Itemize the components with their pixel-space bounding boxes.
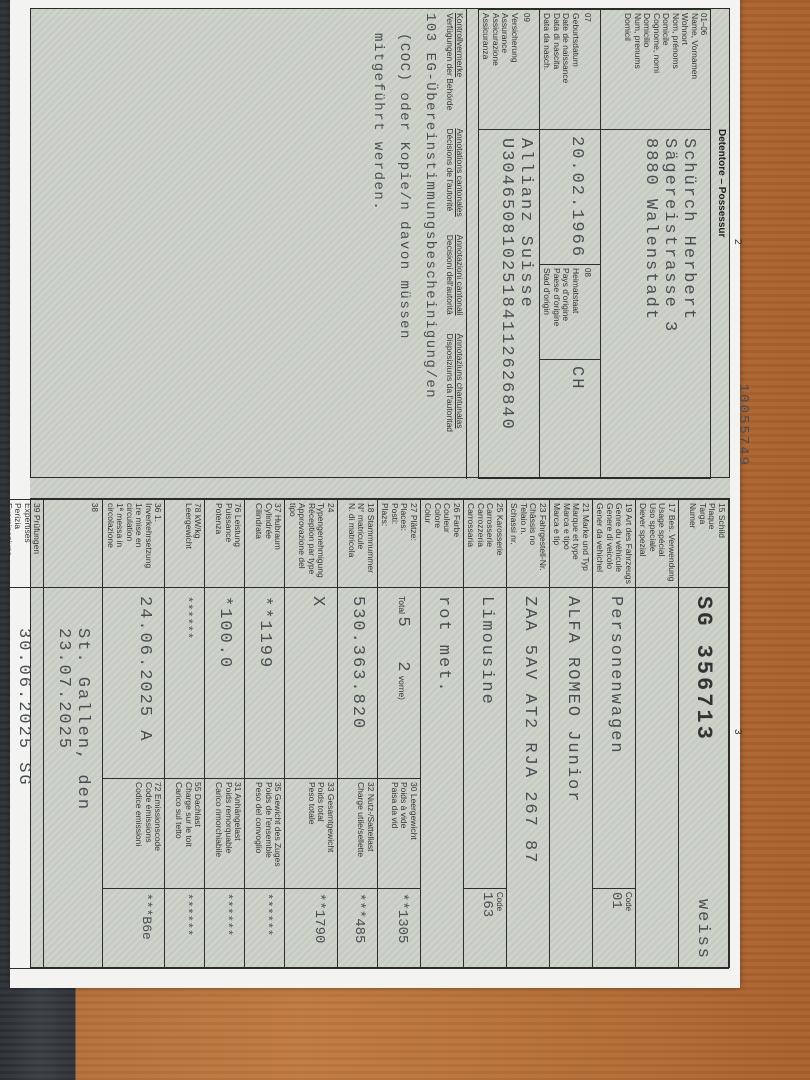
label: Emissionscode <box>154 794 164 851</box>
label: Poids total <box>316 782 326 885</box>
vehicle-type-cell: Personenwagen <box>593 588 636 889</box>
origin-country: CH <box>567 366 586 390</box>
vehicle-type-code: 01 <box>608 892 624 965</box>
label: kW/kg <box>194 515 204 539</box>
code: 31 <box>234 782 244 791</box>
type-approval-cell: 530.363.820 <box>338 588 378 779</box>
license-plate: SG 356713 <box>691 596 716 742</box>
inspection-label-cell: 39 Prüfungen Expertises Perizia Examinaz… <box>0 500 44 588</box>
type-approval-number: 530.363.820 <box>348 596 367 730</box>
label: Data da nasch. <box>542 13 552 126</box>
train-weight: ****** <box>261 893 275 936</box>
birth-label-cell: 07 Geburtsdatum Date de naissance Data d… <box>540 10 601 130</box>
label: Colore <box>433 503 443 584</box>
authority-label-it: Annotazioni cantonali Decisioni dell'aut… <box>445 235 464 316</box>
emission-cell: ***B6e <box>103 889 165 969</box>
label: Typengenehmigung <box>317 503 327 578</box>
emission-code: ***B6e <box>140 893 155 940</box>
label: Approvazione del tipo <box>288 503 307 584</box>
label: Art des Fahrzeugs <box>624 514 634 583</box>
label: Numer <box>688 503 698 584</box>
vehicle-color: rot met. <box>434 596 453 694</box>
code: 08 <box>583 268 592 277</box>
code: 18 <box>366 503 376 512</box>
label: Nutz-/Sattellast <box>366 794 376 852</box>
plate-label-cell: 15 Schild Plaque Targa Numer <box>679 500 729 588</box>
code: 24 <box>326 503 336 512</box>
color-cell: rot met. <box>421 588 464 969</box>
code: 15 <box>717 503 727 512</box>
label: Poids à vide <box>399 782 409 885</box>
empty-weight-label-cell: 30 Leergewicht Poids à vide Paisa da vid <box>378 779 421 889</box>
authority-labels: Kontrollvermerke Verfügungen der Behörde… <box>445 13 464 475</box>
vehicle-table: 15 Schild Plaque Targa Numer SG 356713 w… <box>0 499 729 969</box>
label: Data di nascita <box>552 13 562 126</box>
label: Schild <box>717 515 727 538</box>
body-code: 163 <box>479 892 495 965</box>
authority-label-rm: Annotaziuns chantunalas Disposiziuns da … <box>445 334 464 432</box>
code: 07 <box>583 13 592 22</box>
plate-color: weiss <box>693 899 712 960</box>
code: 76 <box>234 503 244 512</box>
inspection-cell: 30.06.2025 SG <box>0 588 44 969</box>
code: 19 <box>624 503 634 512</box>
label: Gener da vehichel <box>595 503 605 584</box>
code: 23 <box>538 503 548 512</box>
authority-label-fr: Annotations cantonales Décisions de l'au… <box>445 128 464 216</box>
label: Hubraum <box>274 515 284 550</box>
seats-cell: Total 5 2 vorne) <box>378 588 421 779</box>
power-cell: *100.0 <box>205 588 245 779</box>
vin: ZAA 5AV AT2 RJA 267 87 <box>520 596 539 864</box>
code: 09 <box>522 13 531 22</box>
code: 21 <box>581 503 591 512</box>
holder-name-label-cell: 01–06 Name, Vornamen Wohnort Nom, prénom… <box>601 10 711 130</box>
label: Disposiziuns da l'autoritad <box>445 334 455 432</box>
label: Leergewicht <box>184 503 194 584</box>
seats-total: 5 <box>393 616 412 628</box>
first-reg-label-cell: 36 1. Inverkehrsetzung 1re mise en circu… <box>103 500 165 588</box>
origin-label-cell: 08 Heimatstaat Pays d'origine Paese d'or… <box>540 265 601 360</box>
label: Code émissions <box>144 782 154 885</box>
towable-load: ****** <box>221 893 235 936</box>
label: Total <box>397 596 407 614</box>
holder-table: 01–06 Name, Vornamen Wohnort Nom, prénom… <box>478 9 711 479</box>
make-cell: ALFA ROMEO Junior <box>550 588 593 969</box>
vehicle-registration-document: 2 10055749 Detentore – Possessur 01–06 N… <box>10 0 740 988</box>
label: Peso del convoglio <box>254 782 264 885</box>
label: Assurance <box>500 13 510 126</box>
code: 17 <box>667 503 677 512</box>
label: Dachlast <box>194 794 204 827</box>
label: Anhängelast <box>234 793 244 840</box>
gross-weight-label-cell: 33 Gesamtgewicht Poids total Peso totale <box>285 779 338 889</box>
empty-weight: **1305 <box>394 893 410 943</box>
body-cell: Limousine <box>464 588 507 889</box>
color-label-cell: 26 Farbe Couleur Colore Colur <box>421 500 464 588</box>
holder-name-value: Schürch Herbert Sägereistrasse 3 8880 Wa… <box>601 130 711 479</box>
label: Decisioni dell'autorità <box>445 235 455 316</box>
code: 38 <box>91 503 100 512</box>
power-weight-label-cell: 78 kW/kg Leergewicht <box>165 500 205 588</box>
roof-load-label-cell: 55 Dachlast Charge sur le toit Carico su… <box>165 779 205 889</box>
holder-header: Detentore – Possessur <box>716 129 727 237</box>
label: vorne) <box>397 676 407 700</box>
body-type: Limousine <box>477 596 496 706</box>
page-number: 2 <box>732 239 743 245</box>
label: Charge sur le toit <box>184 782 194 885</box>
insurer: Allianz Suisse <box>516 138 535 470</box>
label: Date de naissance <box>561 13 571 126</box>
label: Décisions de l'autorité <box>445 128 455 216</box>
code: 26 <box>452 503 462 512</box>
label: Poids de l'ensemble <box>264 782 274 885</box>
code: 78 <box>194 503 204 512</box>
train-weight-cell: ****** <box>245 889 285 969</box>
special-use-label-cell: 17 Bes. Verwendung Usage spécial Uso spe… <box>636 500 679 588</box>
vehicle-type-code-cell: Code 01 <box>593 889 636 969</box>
label: Couleur <box>442 503 452 584</box>
label: Usage spécial <box>657 503 667 584</box>
label: Poids remorquable <box>224 782 234 885</box>
code: 39 <box>33 503 43 512</box>
label: Cilindrata <box>254 503 264 584</box>
policy-number: U30465081025184112626840 <box>497 138 516 470</box>
label: Annotaziuns chantunalas <box>455 334 465 429</box>
label: Posti: <box>390 503 400 584</box>
train-weight-label-cell: 35 Gewicht des Zuges Poids de l'ensemble… <box>245 779 285 889</box>
label: Plätze: <box>409 515 419 541</box>
holder-city: 8880 Walenstadt <box>641 138 660 470</box>
label: Heimatstaat <box>571 268 581 356</box>
vehicle-type-label-cell: 19 Art des Fahrzeugs Genre du véhicule G… <box>593 500 636 588</box>
label: Fahrgestell-Nr. <box>538 515 548 571</box>
special-use-value <box>636 588 679 969</box>
label: Annotazioni cantonali <box>455 235 465 316</box>
holder-street: Sägereistrasse 3 <box>660 138 679 470</box>
type-approval-label-cell: 18 Stammnummer N° matricule N. di matric… <box>338 500 378 588</box>
label: Plaque <box>707 503 717 584</box>
holder-name: Schürch Herbert <box>679 138 698 470</box>
label: Bes. Verwendung <box>667 515 677 582</box>
origin-cell: CH <box>540 360 601 479</box>
displacement-label-cell: 37 Hubraum Cylindrée Cilindrata <box>245 500 285 588</box>
body-code-cell: Code 163 <box>464 889 507 969</box>
payload-cell: ***485 <box>338 889 378 969</box>
insurance-label-cell: 09 Versicherung Assurance Assicurazione … <box>479 10 540 130</box>
label: Domicile <box>661 13 671 126</box>
label: Cognome, nomi <box>652 13 662 126</box>
gross-weight-cell: **1790 <box>285 889 338 969</box>
inspection-date: 30.06.2025 SG <box>15 628 34 787</box>
label: Schassi nr. <box>509 503 519 584</box>
label: Name, Vornamen <box>690 13 700 126</box>
label: Leergewicht <box>409 794 419 840</box>
label: Genere di veicolo <box>605 503 615 584</box>
label: 1. Inverkehrsetzung <box>144 503 164 568</box>
power-label-cell: 76 Leistung Puissance Potenza <box>205 500 245 588</box>
label: Marke und Typ <box>581 515 591 571</box>
towable-label-cell: 31 Anhängelast Poids remorquable Carico … <box>205 779 245 889</box>
place-date: St. Gallen, den 23.07.2025 <box>55 628 93 811</box>
authority-section: Kontrollvermerke Verfügungen der Behörde… <box>363 9 467 479</box>
label: N. di matricola <box>347 503 357 584</box>
label: Carico sul tetto <box>174 782 184 885</box>
label: Stad d'origin <box>542 268 552 356</box>
displacement: **1199 <box>256 596 275 669</box>
document-sheet: 2 10055749 Detentore – Possessur 01–06 N… <box>30 8 730 968</box>
label: Prüfungen <box>33 515 43 554</box>
first-reg-cell: 24.06.2025 A <box>103 588 165 779</box>
place-date-label-cell: 38 <box>44 500 103 588</box>
emission-label-cell: 72 Emissionscode Code émissions Codice e… <box>103 779 165 889</box>
label: Geburtsdatum <box>571 13 581 126</box>
code: 27 <box>409 503 419 512</box>
label: Leistung <box>234 515 244 547</box>
label: Verfügungen der Behörde <box>445 13 455 110</box>
serial-number: 10055749 <box>735 384 751 467</box>
label: Paese d'origine <box>552 268 562 356</box>
section-code: 01–06 <box>699 13 708 126</box>
place-date-cell: St. Gallen, den 23.07.2025 <box>44 588 103 969</box>
roof-load: ****** <box>181 893 195 936</box>
power-weight: ****** <box>181 596 195 639</box>
label: Karosserie <box>495 515 505 556</box>
code: 30 <box>409 782 419 791</box>
label: Gewicht des Zuges <box>274 794 284 867</box>
page-number: 3 <box>732 729 743 735</box>
seats-front: 2 <box>393 661 412 673</box>
vehicle-type: Personenwagen <box>606 596 625 755</box>
label: Domicil <box>623 13 633 126</box>
label: Réception par type <box>307 503 317 584</box>
label: 1ª messa in circolazione <box>106 503 125 584</box>
code: 36 <box>154 503 164 512</box>
plate-cell: SG 356713 weiss <box>679 588 729 969</box>
label: Kontrollvermerke <box>455 13 465 77</box>
towable-cell: ****** <box>205 889 245 969</box>
reception-cell: X <box>285 588 338 779</box>
roof-load-cell: ****** <box>165 889 205 969</box>
label: Paisa da vid <box>390 782 400 885</box>
code: 55 <box>194 782 204 791</box>
authority-label-de: Kontrollvermerke Verfügungen der Behörde <box>445 13 464 110</box>
label: Puissance <box>224 503 234 584</box>
label: Carrosserie <box>485 503 495 584</box>
label: Cylindrée <box>264 503 274 584</box>
label: Num, prenums <box>633 13 643 126</box>
label: Carrossaria <box>466 503 476 584</box>
label: Châssis no <box>528 503 538 584</box>
label: Colur <box>423 503 433 584</box>
gross-weight: **1790 <box>311 893 327 943</box>
label: Peso totale <box>307 782 317 885</box>
power: *100.0 <box>216 596 235 669</box>
payload: ***485 <box>351 893 367 943</box>
label: Marca e tip <box>552 503 562 584</box>
make-label-cell: 21 Marke und Typ Marque et type Marca e … <box>550 500 593 588</box>
label: Marca e tipo <box>562 503 572 584</box>
code: 33 <box>326 782 336 791</box>
label: Codice emissioni <box>134 782 144 885</box>
code: 37 <box>274 503 284 512</box>
label: Diever spezial <box>638 503 648 584</box>
page-3-vehicle: 3 15 Schild Plaque Targa Numer SG 356713… <box>30 498 730 968</box>
first-registration: 24.06.2025 A <box>136 596 155 742</box>
seats-label-cell: 27 Plätze: Places: Posti: Plazs: <box>378 500 421 588</box>
label: Plazs: <box>380 503 390 584</box>
label: Marque et type <box>571 503 581 584</box>
vin-label-cell: 23 Fahrgestell-Nr. Châssis no Telaio n. … <box>507 500 550 588</box>
reception-label-cell: 24 Typengenehmigung Réception par type A… <box>285 500 338 588</box>
label: Versicherung <box>510 13 520 126</box>
power-weight-cell: ****** <box>165 588 205 779</box>
label: Expertises <box>23 503 33 584</box>
authority-note: 103 EG-Übereinstimmungsbescheinigung/en … <box>365 13 443 475</box>
label: Examinaziuns <box>4 503 14 584</box>
label: Genre du véhicule <box>614 503 624 584</box>
label: Gesamtgewicht <box>326 794 336 853</box>
label: Pays d'origine <box>561 268 571 356</box>
payload-label-cell: 32 Nutz-/Sattellast Charge utile/sellett… <box>338 779 378 889</box>
label: Carrozzeria <box>476 503 486 584</box>
label: Assicuranza <box>481 13 491 126</box>
code: 35 <box>274 782 284 791</box>
birth-date-cell: 20.02.1966 <box>540 130 601 265</box>
label: Carico rimorchiabile <box>214 782 224 885</box>
label: Telaio n. <box>519 503 529 584</box>
label: Uso speciale <box>648 503 658 584</box>
note-line: 103 EG-Übereinstimmungsbescheinigung/en <box>417 13 443 475</box>
code: 72 <box>154 782 164 791</box>
label: Annotations cantonales <box>455 128 465 216</box>
label: Places: <box>399 503 409 584</box>
label: Targa <box>698 503 708 584</box>
note-line: (COC) oder Kopie/n davon müssen <box>391 13 417 475</box>
type-reception: X <box>308 596 327 608</box>
code: 25 <box>495 503 505 512</box>
label: Charge utile/sellette <box>356 782 366 885</box>
displacement-cell: **1199 <box>245 588 285 779</box>
label: Nom, prénoms <box>671 13 681 126</box>
page-2-holder: 2 10055749 Detentore – Possessur 01–06 N… <box>30 8 730 478</box>
code: 32 <box>366 782 376 791</box>
make-model: ALFA ROMEO Junior <box>563 596 582 803</box>
label: Assicurazione <box>491 13 501 126</box>
birth-date: 20.02.1966 <box>567 136 586 258</box>
body-label-cell: 25 Karosserie Carrosserie Carrozzeria Ca… <box>464 500 507 588</box>
empty-weight-cell: **1305 <box>378 889 421 969</box>
label: Wohnort <box>680 13 690 126</box>
label: N° matricule <box>356 503 366 584</box>
label: Potenza <box>214 503 224 584</box>
label: Domicilio <box>642 13 652 126</box>
label: 1re mise en circulation <box>125 503 144 584</box>
label: Farbe <box>452 515 462 537</box>
insurance-value: Allianz Suisse U30465081025184112626840 <box>479 130 540 479</box>
label: Stammnummer <box>366 515 376 573</box>
vin-cell: ZAA 5AV AT2 RJA 267 87 <box>507 588 550 969</box>
note-line: mitgeführt werden. <box>365 13 391 475</box>
label: Perizia <box>13 503 23 584</box>
